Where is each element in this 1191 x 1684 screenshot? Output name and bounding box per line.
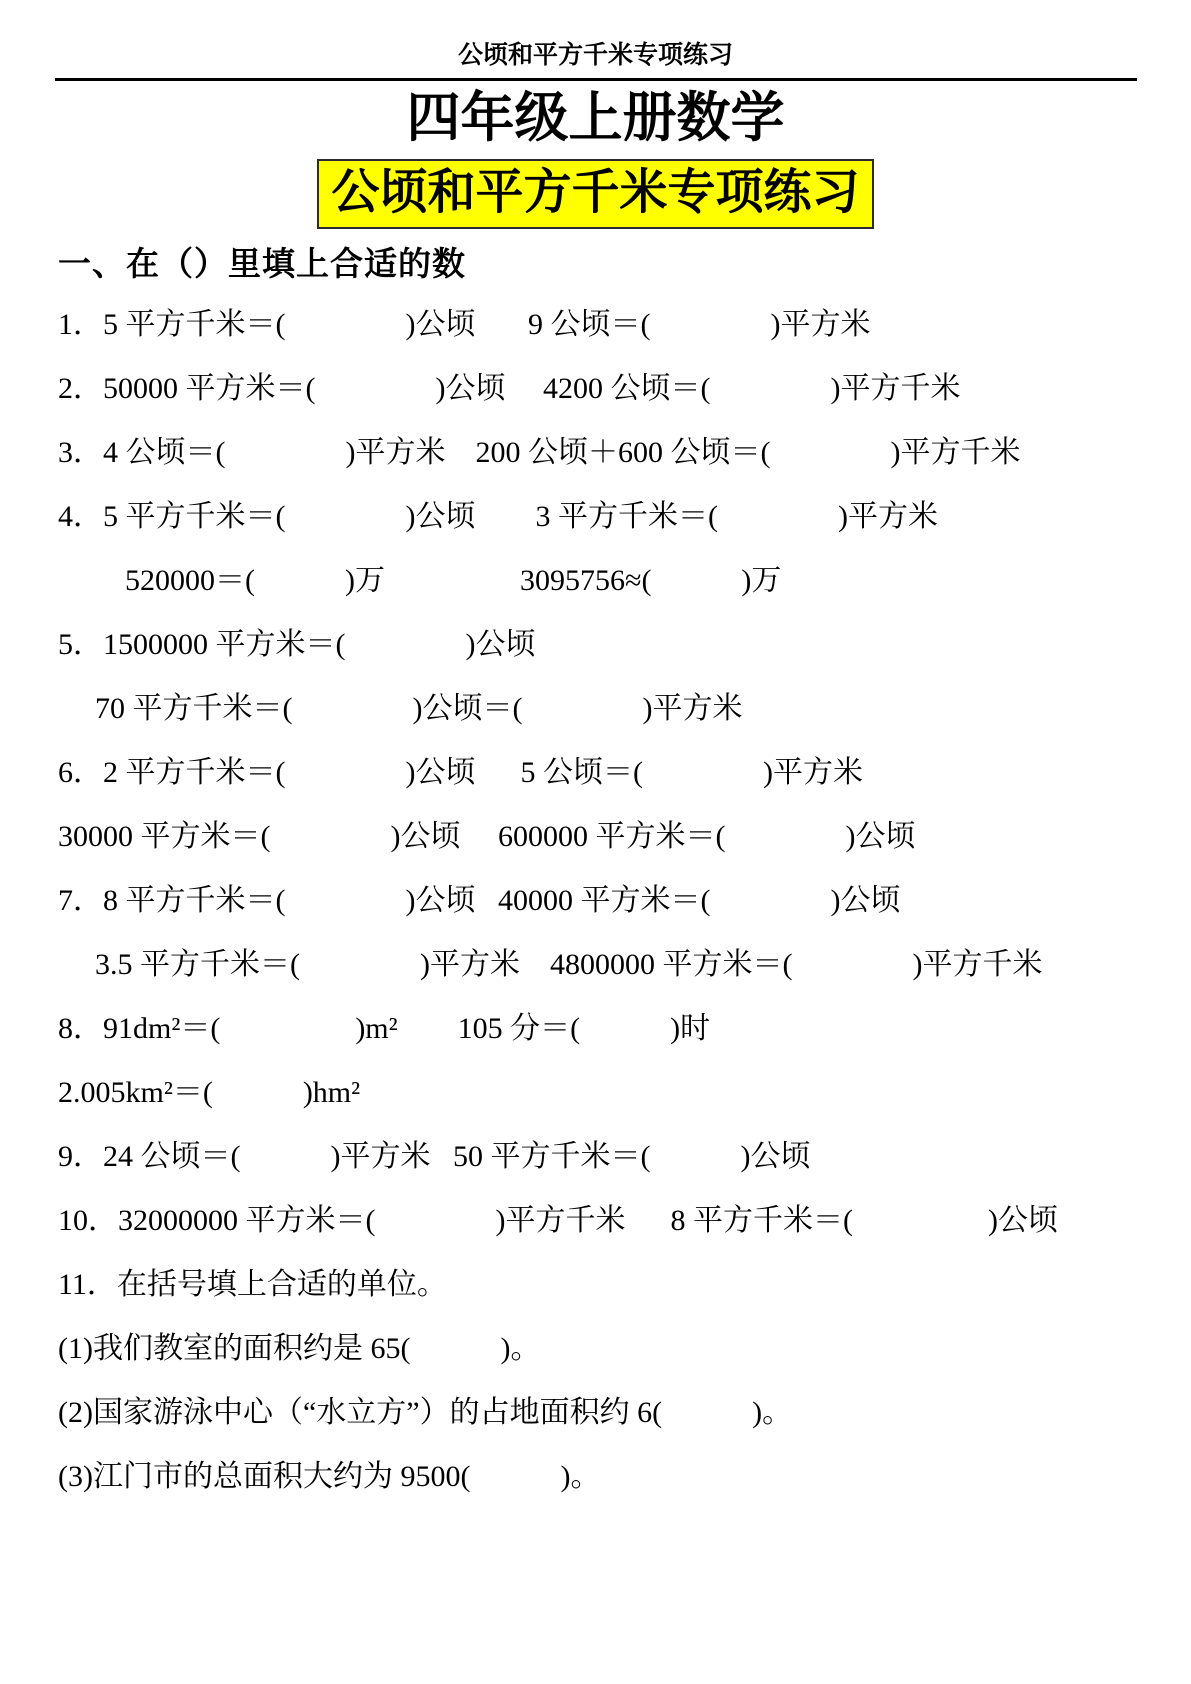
- highlighted-subtitle: 公顷和平方千米专项练习: [317, 159, 873, 229]
- problem-line-11: 11．在括号填上合适的单位。: [0, 1249, 1191, 1313]
- section-heading: 一、在（）里填上合适的数: [58, 245, 1191, 285]
- problem-line-6: 6．2 平方千米＝( )公顷 5 公顷＝( )平方米: [0, 737, 1191, 801]
- problem-line-7b: 3.5 平方千米＝( )平方米 4800000 平方米＝( )平方千米: [0, 929, 1191, 993]
- problem-line-2: 2．50000 平方米＝( )公顷 4200 公顷＝( )平方千米: [0, 353, 1191, 417]
- highlight-title-row: 公顷和平方千米专项练习: [0, 159, 1191, 229]
- problem-line-6b: 30000 平方米＝( )公顷 600000 平方米＝( )公顷: [0, 801, 1191, 865]
- header-divider: [55, 78, 1137, 81]
- problem-line-3: 3．4 公顷＝( )平方米 200 公顷＋600 公顷＝( )平方千米: [0, 417, 1191, 481]
- problem-line-1: 1．5 平方千米＝( )公顷 9 公顷＝( )平方米: [0, 289, 1191, 353]
- problem-line-11-1: (1)我们教室的面积约是 65( )。: [0, 1313, 1191, 1377]
- worksheet-page: 公顷和平方千米专项练习 四年级上册数学 公顷和平方千米专项练习 一、在（）里填上…: [0, 0, 1191, 1684]
- problem-line-9: 9．24 公顷＝( )平方米 50 平方千米＝( )公顷: [0, 1121, 1191, 1185]
- main-title: 四年级上册数学: [0, 87, 1191, 149]
- problem-line-4b: 520000＝( )万 3095756≈( )万: [0, 545, 1191, 609]
- problem-line-10: 10．32000000 平方米＝( )平方千米 8 平方千米＝( )公顷: [0, 1185, 1191, 1249]
- problem-line-4: 4．5 平方千米＝( )公顷 3 平方千米＝( )平方米: [0, 481, 1191, 545]
- problem-line-7: 7．8 平方千米＝( )公顷 40000 平方米＝( )公顷: [0, 865, 1191, 929]
- problem-line-11-3: (3)江门市的总面积大约为 9500( )。: [0, 1441, 1191, 1505]
- problem-line-8b: 2.005km²＝( )hm²: [0, 1057, 1191, 1121]
- document-header-title: 公顷和平方千米专项练习: [0, 0, 1191, 70]
- problem-list: 1．5 平方千米＝( )公顷 9 公顷＝( )平方米 2．50000 平方米＝(…: [0, 289, 1191, 1505]
- problem-line-11-2: (2)国家游泳中心（“水立方”）的占地面积约 6( )。: [0, 1377, 1191, 1441]
- problem-line-8: 8．91dm²＝( )m² 105 分＝( )时: [0, 993, 1191, 1057]
- problem-line-5: 5．1500000 平方米＝( )公顷: [0, 609, 1191, 673]
- problem-line-5b: 70 平方千米＝( )公顷＝( )平方米: [0, 673, 1191, 737]
